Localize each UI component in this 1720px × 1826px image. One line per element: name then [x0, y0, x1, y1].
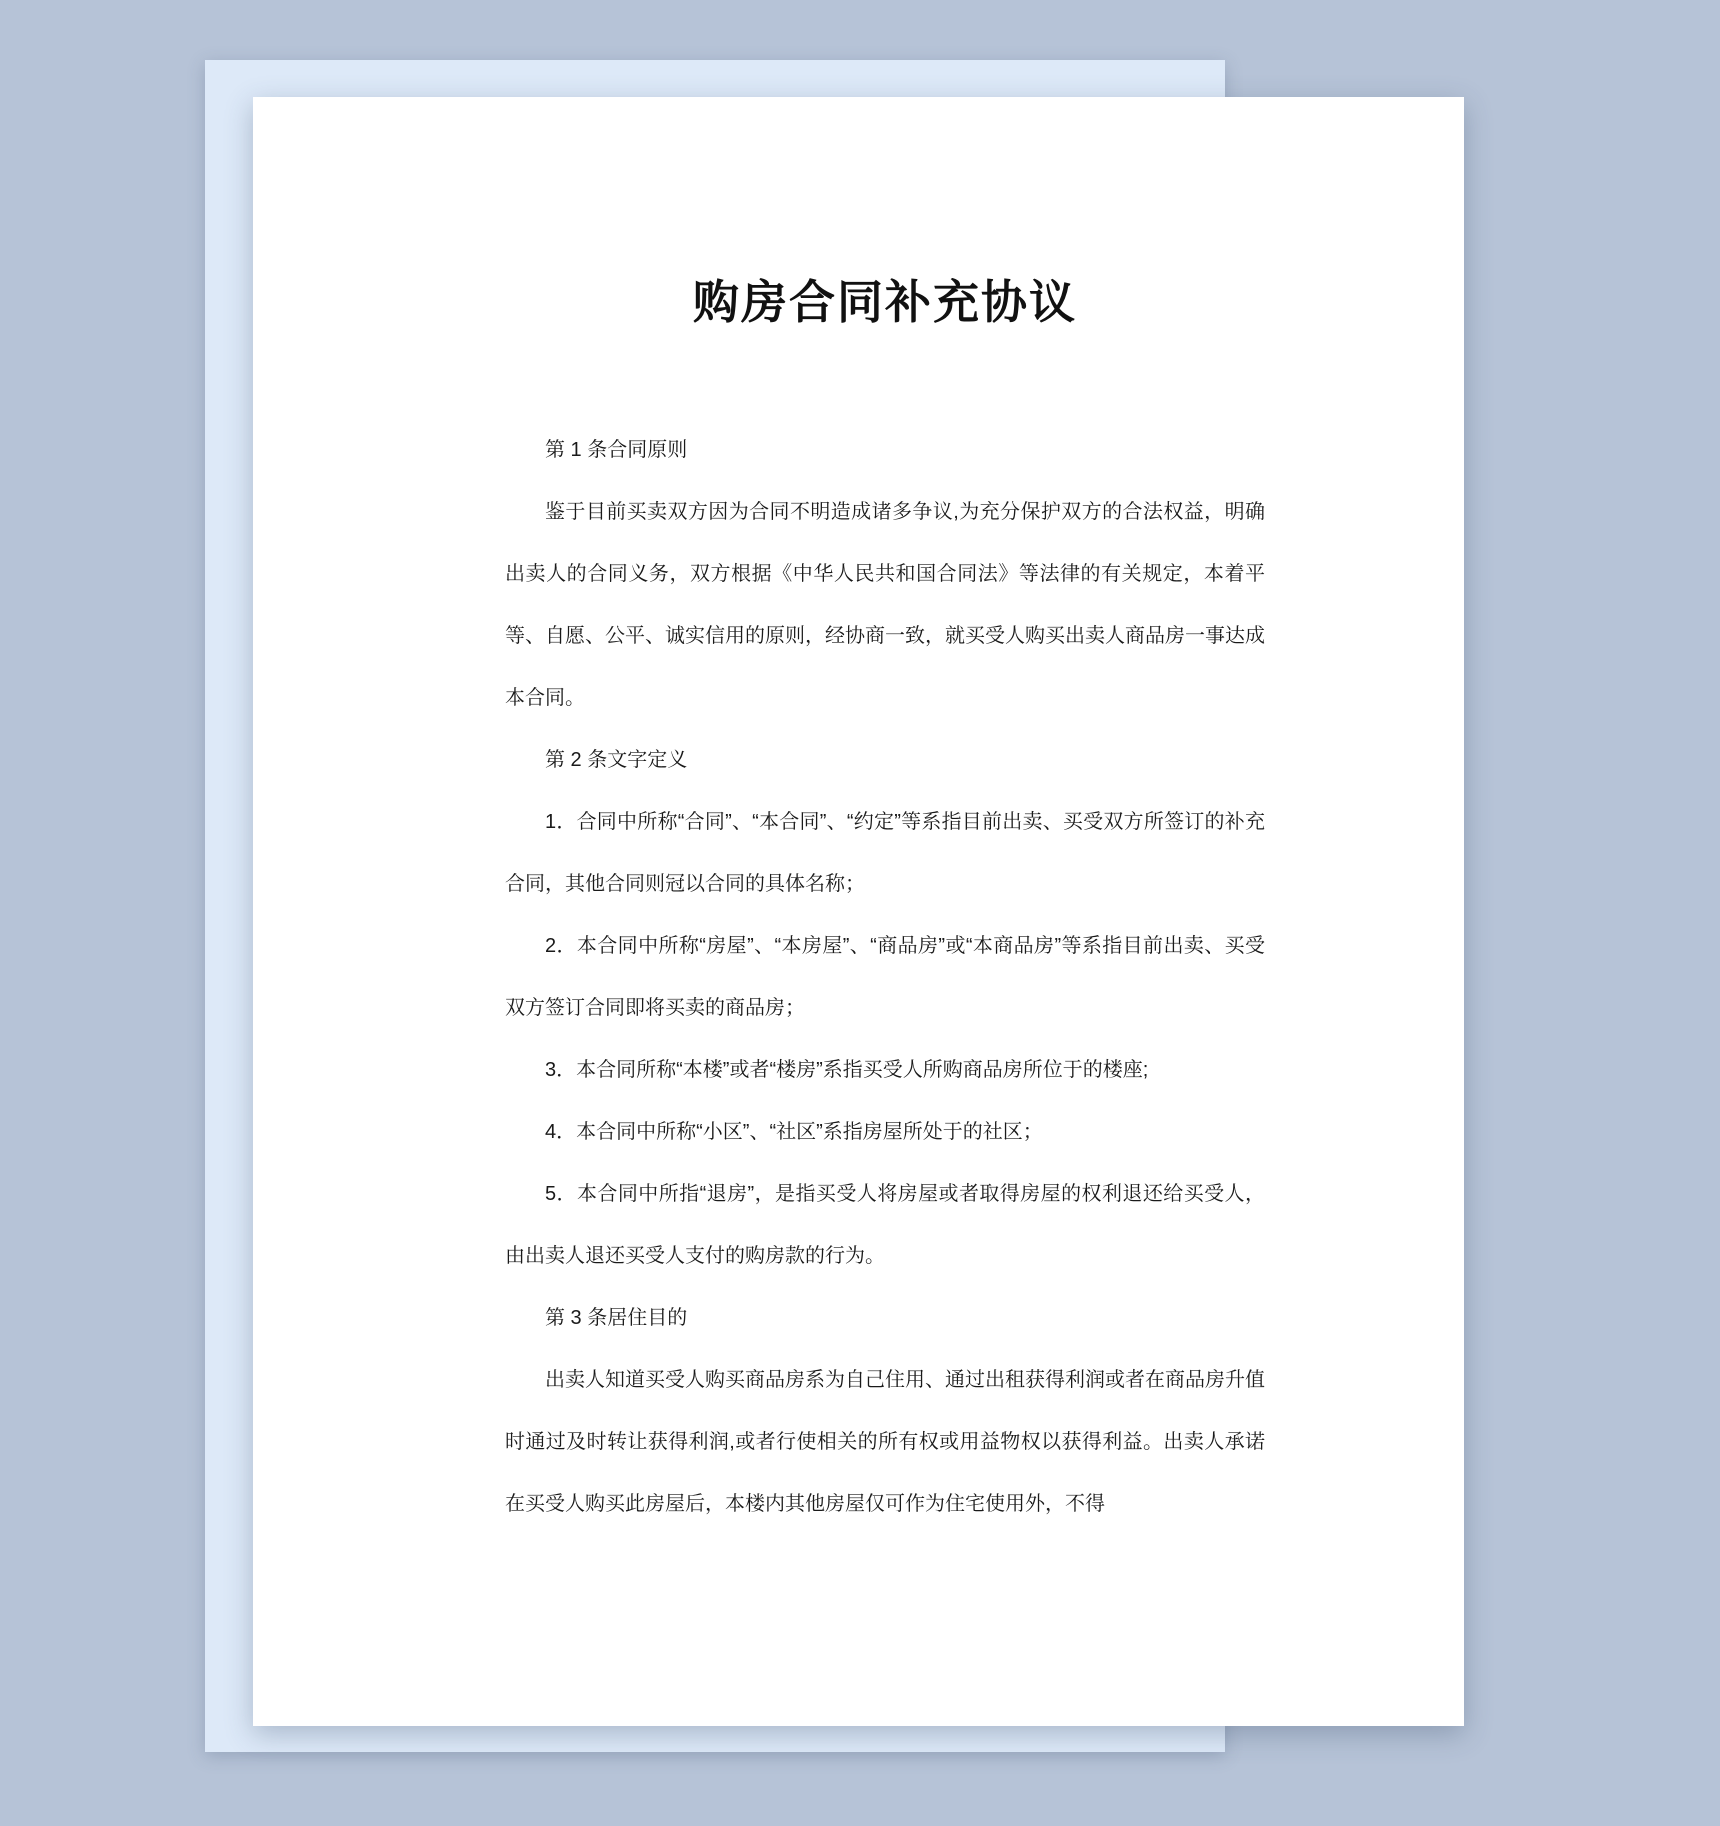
section-heading-1: 第 1 条合同原则 — [505, 419, 1265, 481]
definition-item-1: 1．合同中所称“合同”、“本合同”、“约定”等系指目前出卖、买受双方所签订的补充… — [505, 791, 1265, 915]
document-content: 购房合同补充协议 第 1 条合同原则 鉴于目前买卖双方因为合同不明造成诸多争议,… — [505, 97, 1265, 1535]
section-heading-3: 第 3 条居住目的 — [505, 1287, 1265, 1349]
definition-item-2: 2．本合同中所称“房屋”、“本房屋”、“商品房”或“本商品房”等系指目前出卖、买… — [505, 915, 1265, 1039]
desktop-background: { "theme": { "background_color": "#b6c3d… — [0, 0, 1720, 1826]
paragraph-contract-principles: 鉴于目前买卖双方因为合同不明造成诸多争议,为充分保护双方的合法权益，明确出卖人的… — [505, 481, 1265, 729]
document-body: 第 1 条合同原则 鉴于目前买卖双方因为合同不明造成诸多争议,为充分保护双方的合… — [505, 419, 1265, 1535]
document-title: 购房合同补充协议 — [505, 97, 1265, 327]
definition-item-4: 4．本合同中所称“小区”、“社区”系指房屋所处于的社区； — [505, 1101, 1265, 1163]
definition-item-5: 5．本合同中所指“退房”，是指买受人将房屋或者取得房屋的权利退还给买受人，由出卖… — [505, 1163, 1265, 1287]
document-page: 购房合同补充协议 第 1 条合同原则 鉴于目前买卖双方因为合同不明造成诸多争议,… — [253, 97, 1464, 1726]
paragraph-residence-purpose: 出卖人知道买受人购买商品房系为自己住用、通过出租获得利润或者在商品房升值时通过及… — [505, 1349, 1265, 1535]
section-heading-2: 第 2 条文字定义 — [505, 729, 1265, 791]
definition-item-3: 3．本合同所称“本楼”或者“楼房”系指买受人所购商品房所位于的楼座; — [505, 1039, 1265, 1101]
